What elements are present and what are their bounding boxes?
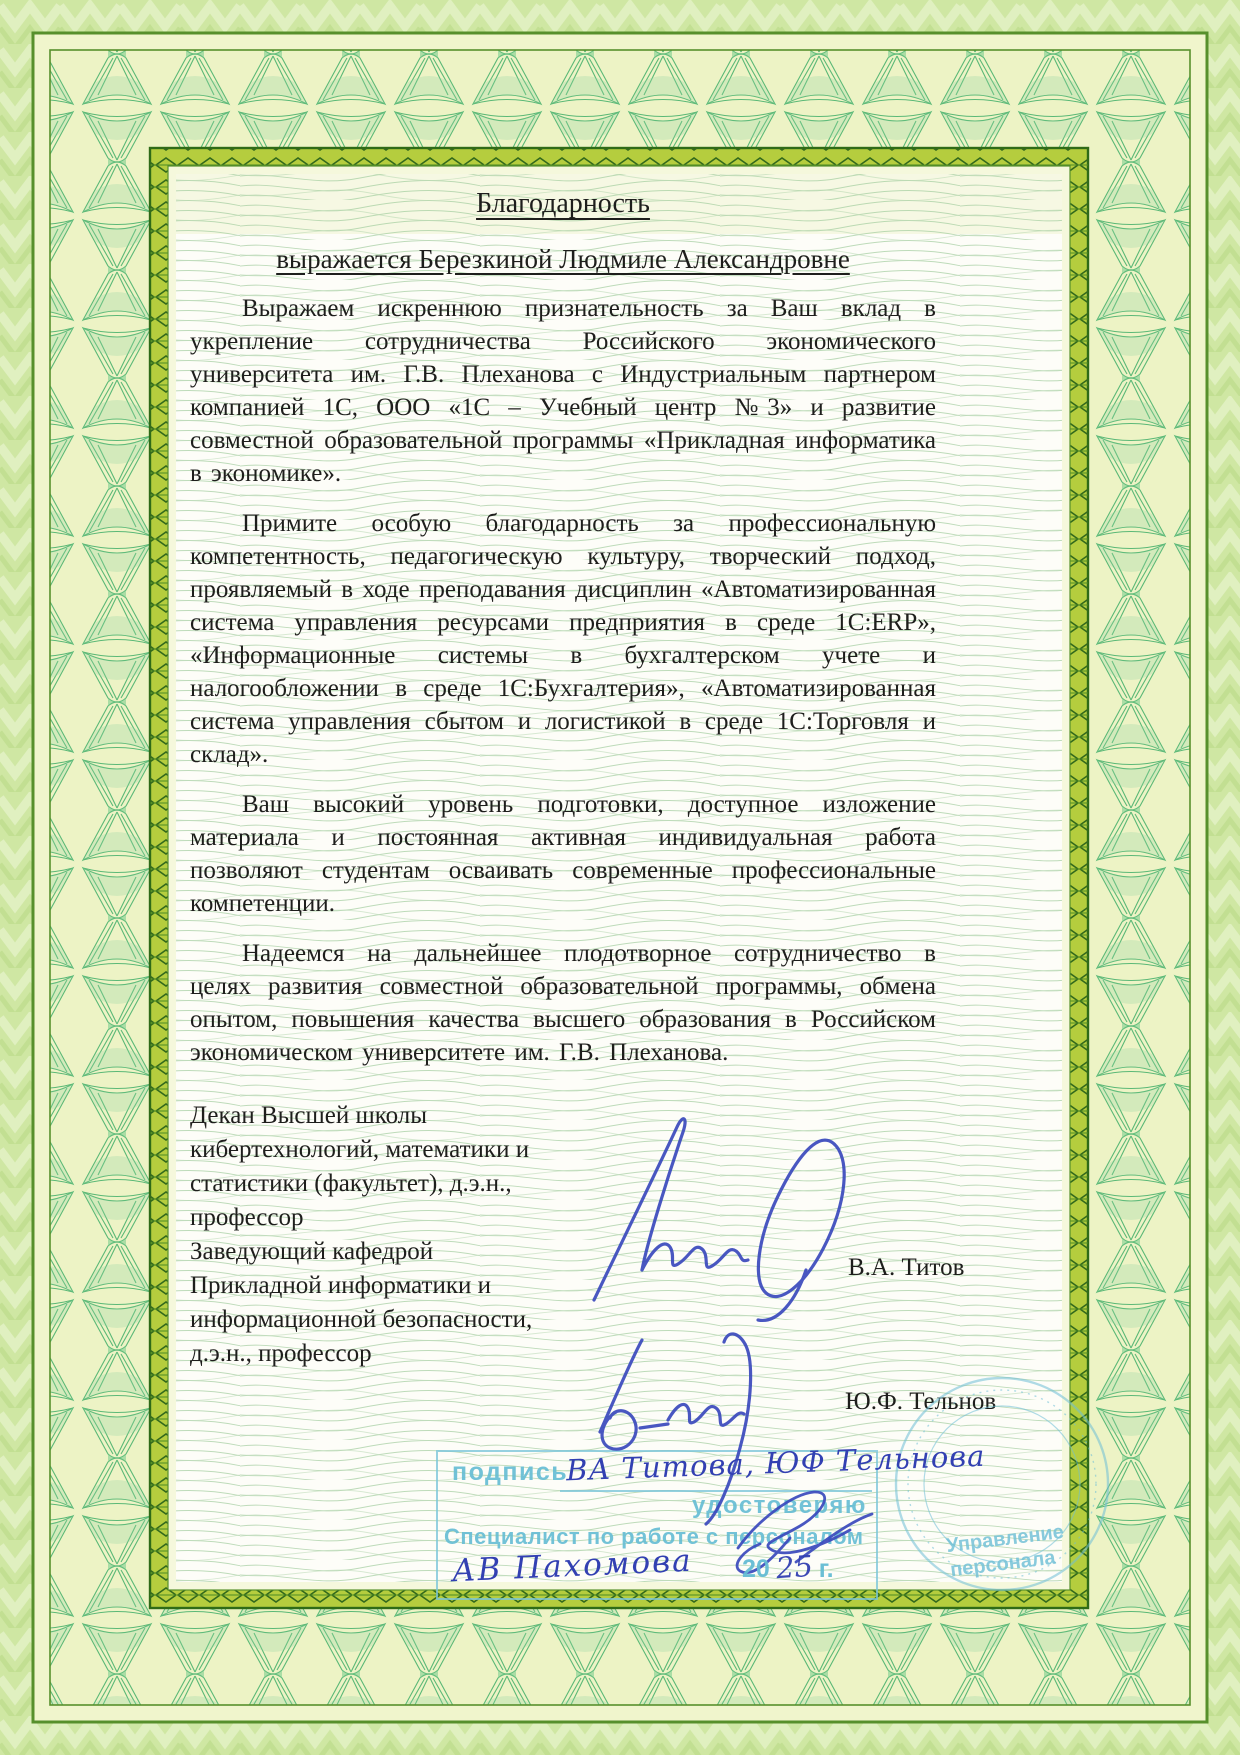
stamp-certify-label: удостоверяю (692, 1492, 867, 1520)
signatory-title-line: Прикладной информатики и (190, 1269, 650, 1303)
signatory-title-line: д.э.н., профессор (190, 1337, 650, 1371)
signatory-title-line: кибертехнологий, математики и (190, 1133, 650, 1167)
certificate-title: Благодарность (190, 188, 936, 220)
signatory-title-line: профессор (190, 1201, 650, 1235)
stamp-year-prefix: 20 (742, 1555, 770, 1584)
signatory-name-telnov: Ю.Ф. Тельнов (845, 1388, 996, 1416)
signatory-name-titov: В.А. Титов (848, 1254, 964, 1282)
signatory-title-line: Заведующий кафедрой (190, 1235, 650, 1269)
certificate-content: Благодарность выражается Березкиной Людм… (176, 174, 1064, 1371)
paragraph-4: Надеемся на дальнейшее плодотворное сотр… (190, 937, 936, 1069)
recipient-line: выражается Березкиной Людмиле Александро… (190, 244, 936, 275)
paragraph-2: Примите особую благодарность за професси… (190, 507, 936, 771)
handwritten-year: 25 (775, 1549, 814, 1585)
paragraph-3: Ваш высокий уровень подготовки, доступно… (190, 788, 936, 920)
signatory-title-line: информационной безопасности, (190, 1303, 650, 1337)
paragraph-1: Выражаем искреннюю признательность за Ва… (190, 292, 936, 490)
signatory-title-line: Декан Высшей школы (190, 1099, 650, 1133)
signatory-titles-block: Декан Высшей школы кибертехнологий, мате… (190, 1099, 650, 1371)
stamp-date: 20 25 г. (742, 1550, 834, 1584)
stamp-year-suffix: г. (819, 1555, 834, 1584)
stamp-signature-label: подпись (452, 1458, 568, 1487)
signatory-title-line: статистики (факультет), д.э.н., (190, 1167, 650, 1201)
certificate-page: Благодарность выражается Березкиной Людм… (0, 0, 1240, 1755)
